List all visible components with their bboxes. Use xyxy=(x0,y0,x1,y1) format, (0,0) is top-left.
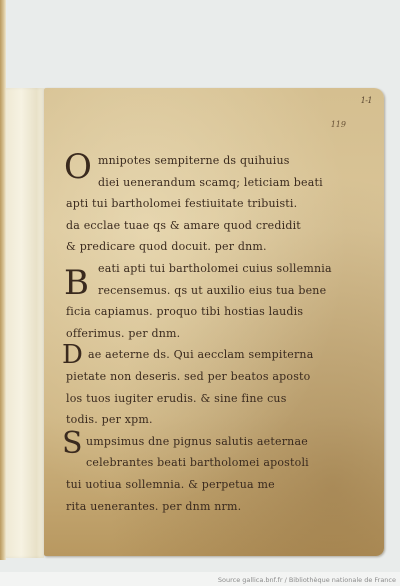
initial-b: B xyxy=(64,266,89,300)
text-line: O mnipotes sempiterne ds quihuius xyxy=(66,150,366,172)
manuscript-text: O mnipotes sempiterne ds quihuius diei u… xyxy=(66,150,366,517)
initial-d: D xyxy=(62,342,83,368)
text-line: los tuos iugiter erudis. & sine fine cus xyxy=(66,388,366,410)
text-line: S umpsimus dne pignus salutis aeternae xyxy=(66,431,366,453)
text-line: diei uenerandum scamq; leticiam beati xyxy=(66,172,366,194)
folio-mark: 1-1 xyxy=(361,96,372,105)
text-line: da ecclae tuae qs & amare quod credidit xyxy=(66,215,366,237)
text-line: apti tui bartholomei festiuitate tribuis… xyxy=(66,193,366,215)
text-line: eati apti tui bartholomei cuius sollemni… xyxy=(66,258,366,280)
text-line: celebrantes beati bartholomei apostoli xyxy=(66,452,366,474)
manuscript-folio: 1-1 119 O mnipotes sempiterne ds quihuiu… xyxy=(44,88,384,556)
text-line: B recensemus. qs ut auxilio eius tua ben… xyxy=(66,280,366,302)
text-line: todis. per xpm. xyxy=(66,409,366,431)
text-line: rita uenerantes. per dnm nrm. xyxy=(66,496,366,518)
text-line: offerimus. per dnm. xyxy=(66,323,366,345)
text-line: D ae aeterne ds. Qui aecclam sempiterna xyxy=(66,344,366,366)
text-line: tui uotiua sollemnia. & perpetua me xyxy=(66,474,366,496)
source-caption: Source gallica.bnf.fr / Bibliothèque nat… xyxy=(218,576,396,584)
guard-leaf xyxy=(6,88,44,558)
text-line: ficia capiamus. proquo tibi hostias laud… xyxy=(66,301,366,323)
text-line: pietate non deseris. sed per beatos apos… xyxy=(66,366,366,388)
folio-number: 119 xyxy=(331,120,346,129)
text-line: & predicare quod docuit. per dnm. xyxy=(66,236,366,258)
